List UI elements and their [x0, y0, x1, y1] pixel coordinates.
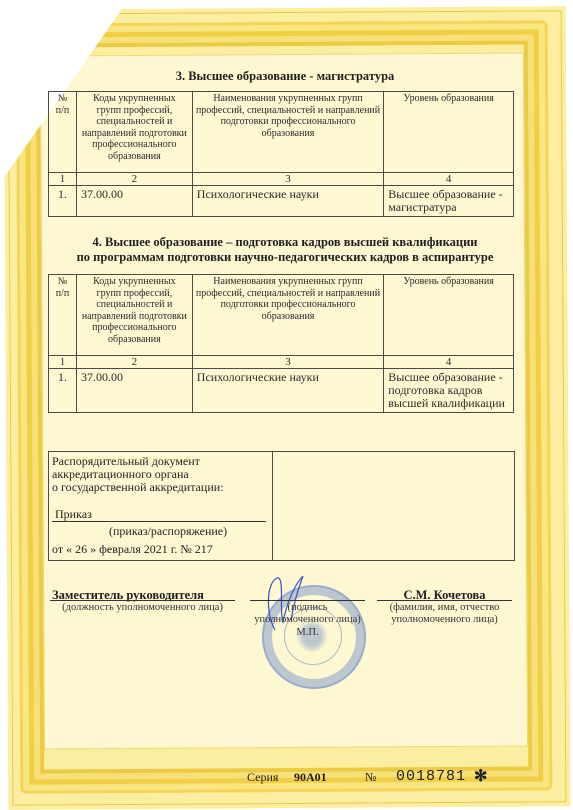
column-number-row: 1 2 3 4 — [49, 356, 514, 369]
table-row: 1. 37.00.00 Психологические науки Высшее… — [49, 369, 514, 413]
row-code: 37.00.00 — [76, 186, 192, 217]
header-level: Уровень образования — [384, 275, 514, 356]
signature-caption-line1: (подпись — [250, 602, 365, 614]
column-number-row: 1 2 3 4 — [49, 173, 514, 186]
table-row: 1. 37.00.00 Психологические науки Высшее… — [49, 186, 514, 217]
header-code: Коды укрупненных групп профессий, специа… — [76, 275, 192, 356]
signature-underline — [250, 600, 365, 601]
row-level: Высшее образование - подготовка кадров в… — [384, 369, 514, 413]
number-value: 0018781 — [396, 768, 466, 785]
order-details: Распорядительный документ аккредитационн… — [49, 452, 273, 560]
row-name: Психологические науки — [192, 186, 383, 217]
colnum-3: 3 — [192, 173, 383, 186]
order-kind-underline — [52, 521, 266, 522]
name-caption-line2: уполномоченного лица) — [377, 614, 512, 626]
order-date: от « 26 » февраля 2021 г. № 217 — [52, 543, 213, 556]
colnum-4: 4 — [384, 173, 514, 186]
row-num: 1. — [49, 186, 77, 217]
colnum-2: 2 — [76, 356, 192, 369]
stamp-label: М.П. — [250, 627, 365, 639]
section4-table: № п/п Коды укрупненных групп профессий, … — [48, 274, 514, 413]
colnum-1: 1 — [49, 356, 77, 369]
section3-title: 3. Высшее образование - магистратура — [40, 69, 530, 84]
order-label-line3: о государственной аккредитации: — [52, 481, 269, 494]
table-header-row: № п/п Коды укрупненных групп профессий, … — [49, 92, 514, 173]
accreditation-order-box: Распорядительный документ аккредитационн… — [48, 451, 515, 561]
row-level: Высшее образование - магистратура — [384, 186, 514, 217]
header-num: № п/п — [49, 275, 77, 356]
header-num: № п/п — [49, 92, 77, 173]
position-underline — [50, 600, 235, 601]
section4-title-line1: 4. Высшее образование – подготовка кадро… — [40, 235, 530, 250]
section4-title-line2: по программам подготовки научно-педагоги… — [40, 250, 530, 265]
row-name: Психологические науки — [192, 369, 383, 413]
name-underline — [377, 600, 512, 601]
colnum-4: 4 — [384, 356, 514, 369]
order-kind: Приказ — [55, 508, 92, 521]
position-caption: (должность уполномоченного лица) — [50, 602, 235, 614]
header-code: Коды укрупненных групп профессий, специа… — [76, 92, 192, 173]
header-level: Уровень образования — [384, 92, 514, 173]
asterisk-mark-icon: ✻ — [474, 766, 487, 786]
table-header-row: № п/п Коды укрупненных групп профессий, … — [49, 275, 514, 356]
colnum-1: 1 — [49, 173, 77, 186]
series-label: Серия — [247, 770, 278, 785]
row-code: 37.00.00 — [76, 369, 192, 413]
colnum-2: 2 — [76, 173, 192, 186]
number-label: № — [365, 770, 376, 785]
colnum-3: 3 — [192, 356, 383, 369]
content: 3. Высшее образование - магистратура № п… — [0, 0, 573, 810]
header-name: Наименования укрупненных групп профессий… — [192, 275, 383, 356]
header-name: Наименования укрупненных групп профессий… — [192, 92, 383, 173]
series-value: 90А01 — [294, 770, 327, 785]
signature-caption-line2: уполномоченного лица) — [250, 614, 365, 626]
row-num: 1. — [49, 369, 77, 413]
order-empty-cell — [273, 452, 514, 560]
section3-table: № п/п Коды укрупненных групп профессий, … — [48, 91, 514, 217]
order-kind-caption: (приказ/распоряжение) — [109, 525, 227, 538]
name-caption-line1: (фамилия, имя, отчество — [377, 602, 512, 614]
